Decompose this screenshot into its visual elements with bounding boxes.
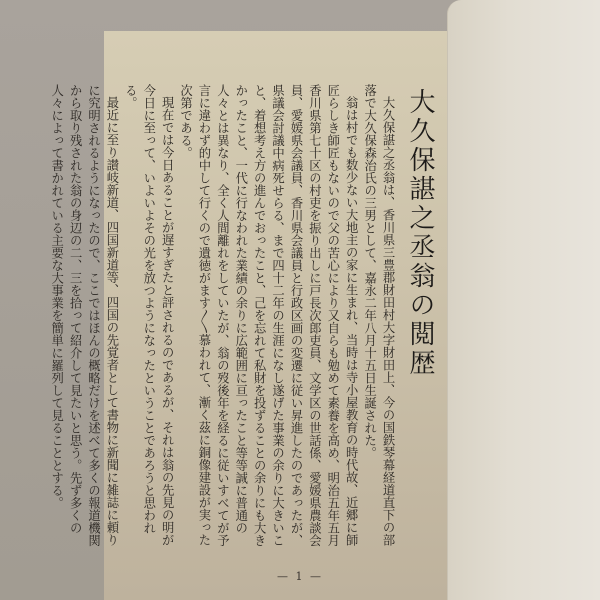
paragraph: 大久保諶之丞翁は、香川県三豊郡財田村大字財田上、今の国鉄琴幕経道直下の部落で大久… xyxy=(360,84,397,554)
body-text: 大久保諶之丞翁は、香川県三豊郡財田村大字財田上、今の国鉄琴幕経道直下の部落で大久… xyxy=(112,84,397,554)
paragraph: 翁は村でも数少ない大地主の家に生まれ、当時は寺小屋教育の時代故、近郷に師匠らしき… xyxy=(176,84,360,554)
paragraph: 最近に至り讃岐新道、四国新道等、四国の先覚者として書物に新聞に雑誌に頼りに究明さ… xyxy=(47,84,121,554)
page-number: — 1 — xyxy=(270,570,330,583)
chapter-title: 大久保諶之丞翁の閲歴 xyxy=(399,88,439,428)
paragraph: 現在では今日あることが遅すぎたと評されるのであるが、それは翁の先見の明が今日に至… xyxy=(121,84,176,554)
right-page xyxy=(447,0,600,600)
